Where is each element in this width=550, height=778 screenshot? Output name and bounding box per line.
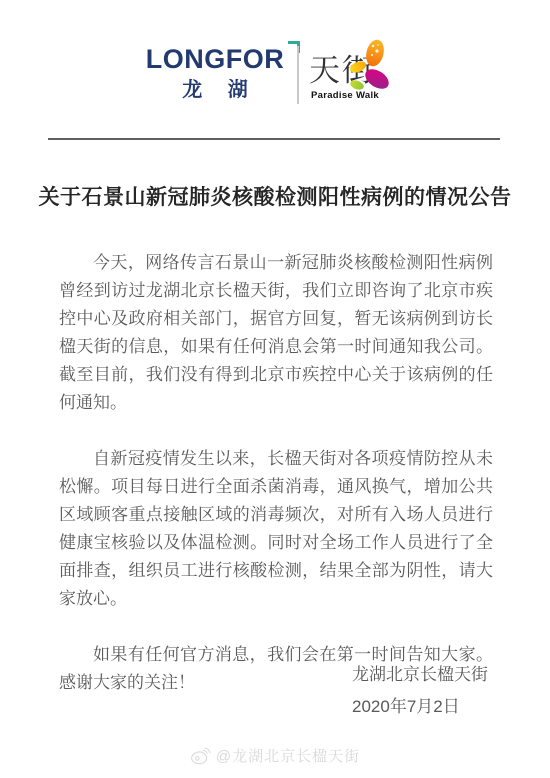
paragraph-1: 今天，网络传言石景山一新冠肺炎核酸检测阳性病例曾经到访过龙湖北京长楹天街，我们立… [59,249,493,417]
logo-vertical-divider [297,46,299,104]
announcement-page: LONGFOR 龙 湖 天街 [0,0,550,778]
signature-name: 龙湖北京长楹天街 [352,659,488,691]
paragraph-2: 自新冠疫情发生以来，长楹天街对各项疫情防控从未松懈。项目每日进行全面杀菌消毒，通… [59,445,493,613]
paradise-flower-icon [348,38,394,101]
longfor-wordmark: LONGFOR [146,46,285,73]
longfor-chinese-name: 龙 湖 [145,80,285,100]
weibo-icon [190,747,211,765]
header-divider-line [48,138,500,140]
announcement-title: 关于石景山新冠肺炎核酸检测阳性病例的情况公告 [0,181,550,211]
weibo-watermark: @龙湖北京长楹天街 [0,745,550,766]
watermark-account: @龙湖北京长楹天街 [216,745,360,766]
announcement-body: 今天，网络传言石景山一新冠肺炎核酸检测阳性病例曾经到访过龙湖北京长楹天街，我们立… [59,249,493,725]
signature-date: 2020年7月2日 [352,691,488,723]
longfor-logo: LONGFOR 龙 湖 [145,46,285,100]
signature-block: 龙湖北京长楹天街 2020年7月2日 [352,659,488,723]
paradise-walk-logo: 天街 [309,54,409,101]
